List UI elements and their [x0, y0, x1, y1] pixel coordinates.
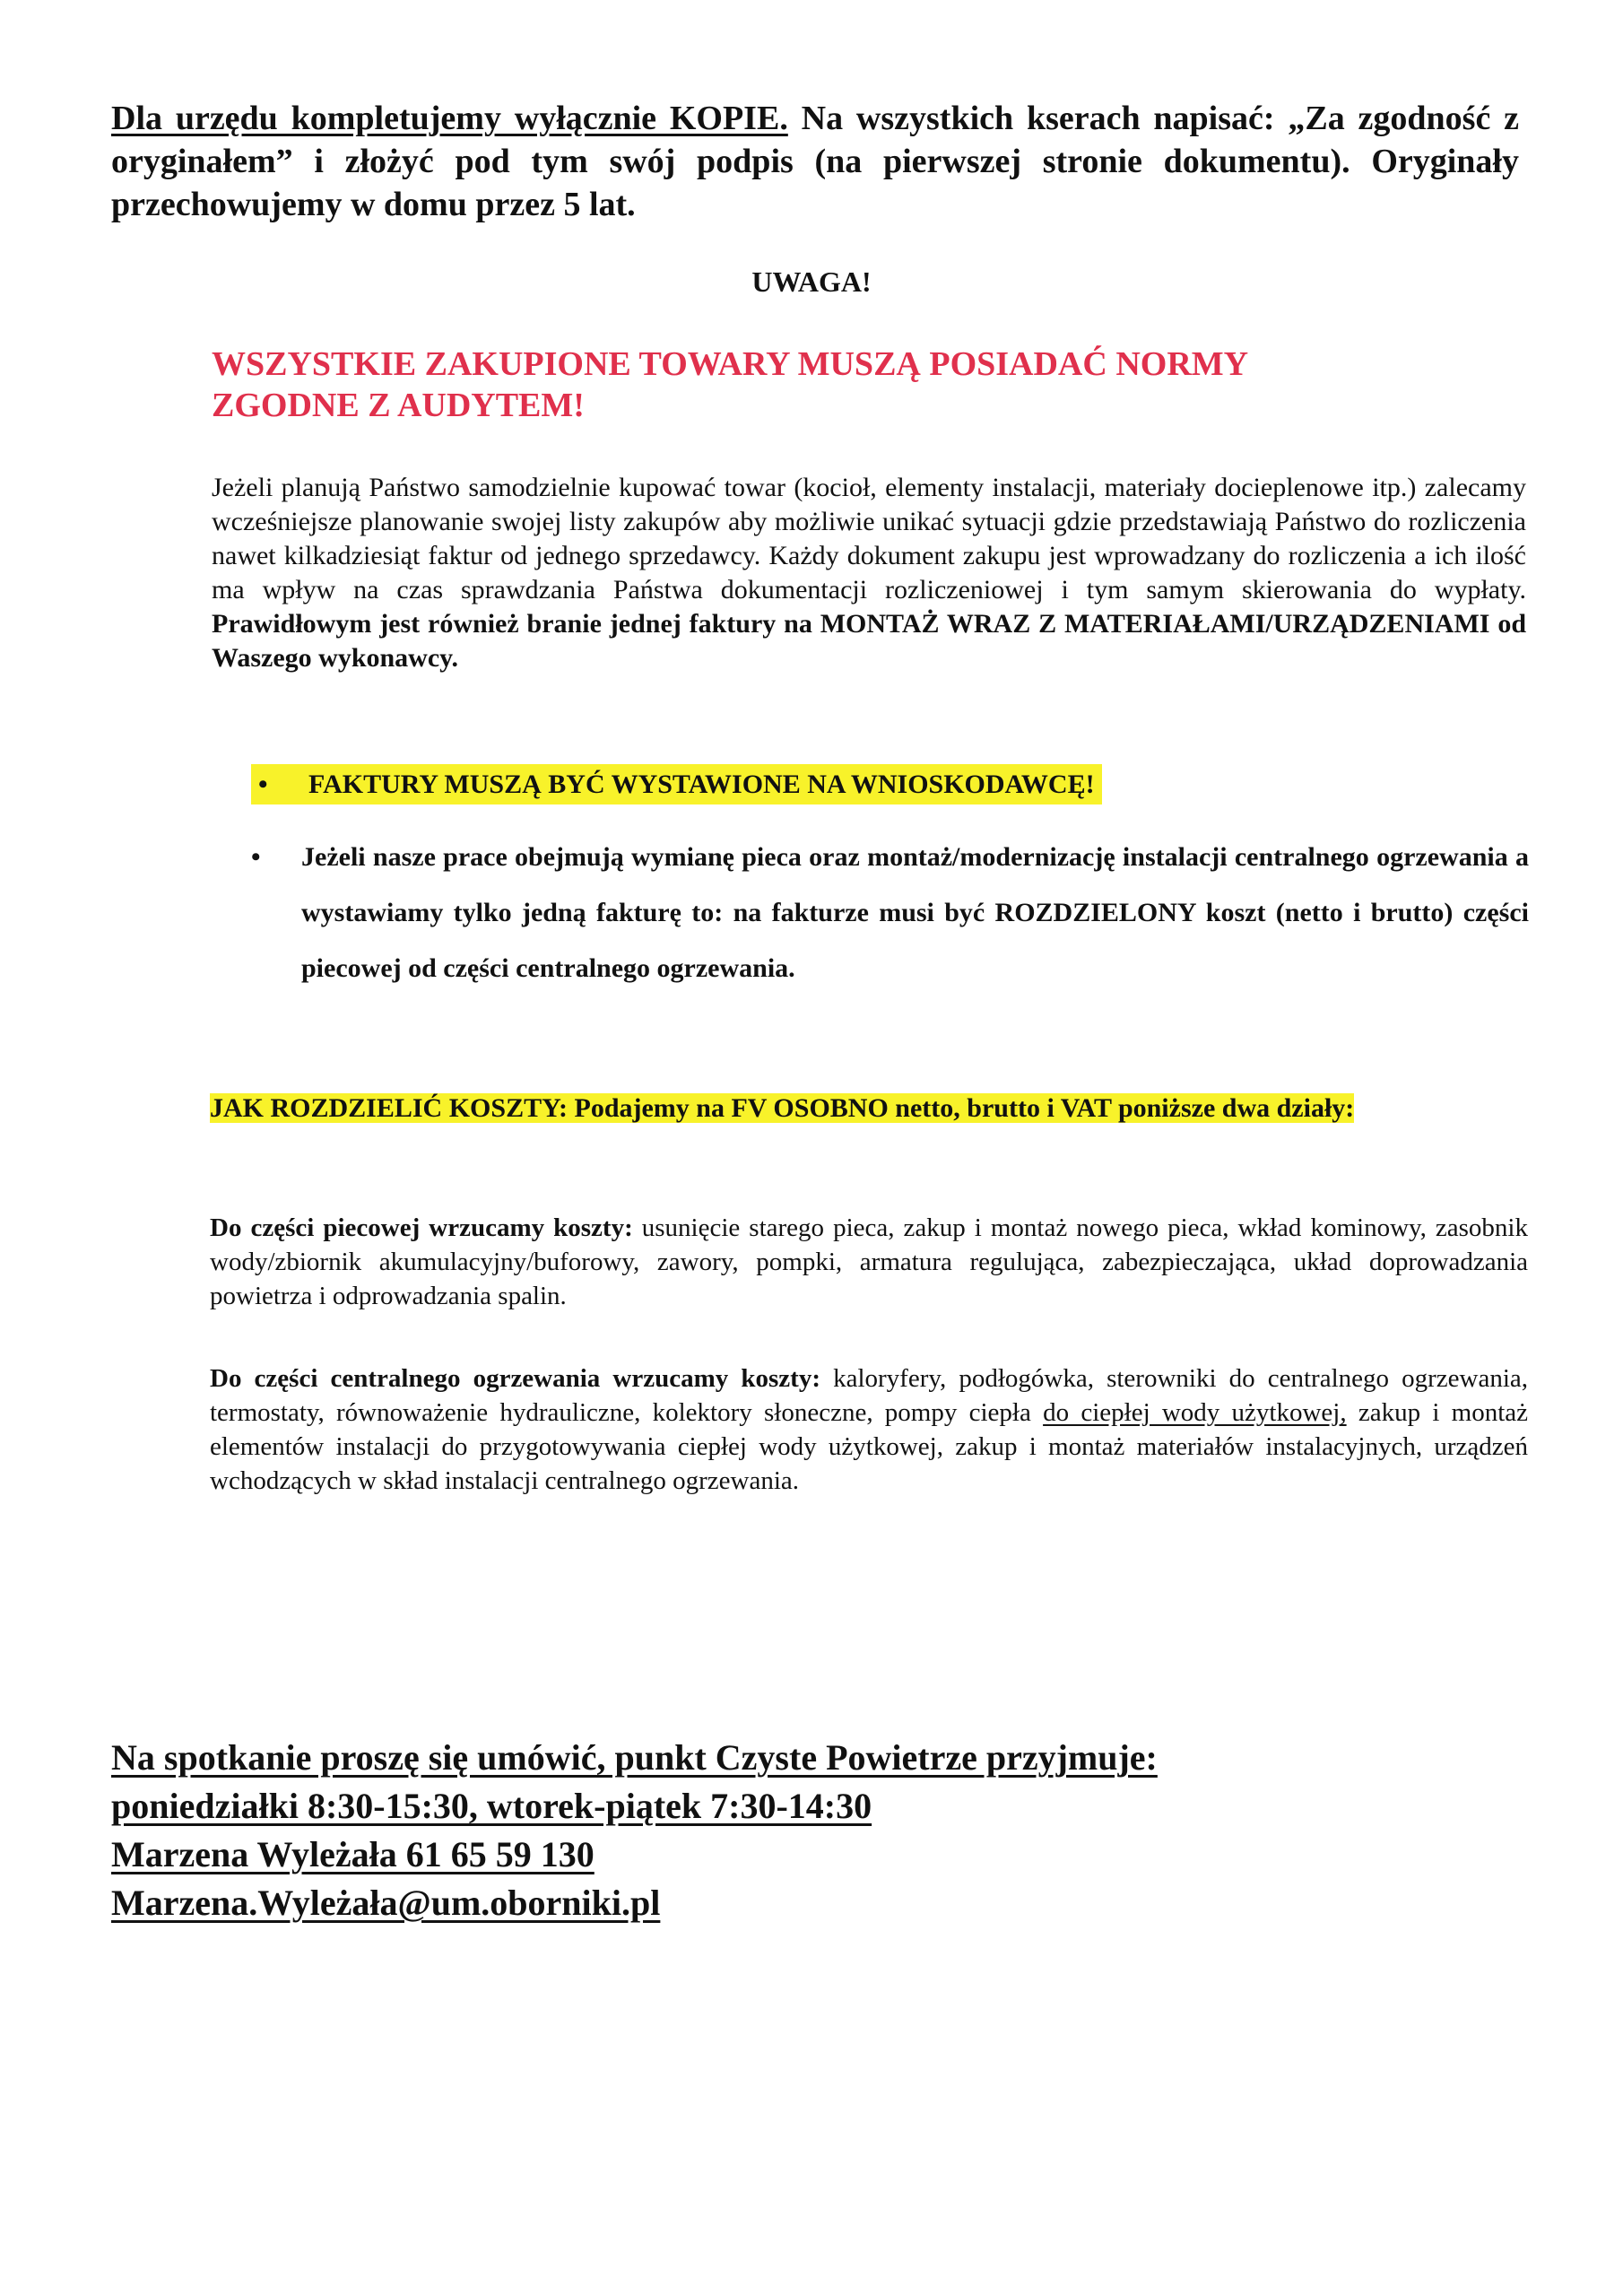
bullet-split-text: Jeżeli nasze prace obejmują wymianę piec…	[301, 830, 1529, 996]
intro-underlined: Dla urzędu kompletujemy wyłącznie KOPIE.	[111, 100, 788, 137]
section-heating-underlined: do ciepłej wody użytkowej,	[1043, 1398, 1347, 1427]
contact-block: Na spotkanie proszę się umówić, punkt Cz…	[111, 1734, 1158, 1927]
warning-label: UWAGA!	[0, 265, 1623, 299]
warning-heading-line1: WSZYSTKIE ZAKUPIONE TOWARY MUSZĄ POSIADA…	[212, 344, 1467, 385]
section-heating: Do części centralnego ogrzewania wrzucam…	[210, 1361, 1528, 1498]
intro-paragraph: Dla urzędu kompletujemy wyłącznie KOPIE.…	[111, 97, 1519, 226]
contact-appointment: Na spotkanie proszę się umówić, punkt Cz…	[111, 1734, 1158, 1782]
bullet-icon: •	[258, 770, 308, 800]
bullet-icon: •	[251, 830, 301, 885]
section-boiler-title: Do części piecowej wrzucamy koszty:	[210, 1213, 633, 1242]
split-costs-heading: JAK ROZDZIELIĆ KOSZTY: Podajemy na FV OS…	[210, 1091, 1528, 1126]
section-heating-title: Do części centralnego ogrzewania wrzucam…	[210, 1364, 820, 1393]
purchase-paragraph: Jeżeli planują Państwo samodzielnie kupo…	[212, 471, 1526, 675]
section-boiler: Do części piecowej wrzucamy koszty: usun…	[210, 1211, 1528, 1313]
purchase-text: Jeżeli planują Państwo samodzielnie kupo…	[212, 473, 1526, 604]
document-page: Dla urzędu kompletujemy wyłącznie KOPIE.…	[0, 0, 1623, 2296]
split-costs-text: JAK ROZDZIELIĆ KOSZTY: Podajemy na FV OS…	[210, 1093, 1354, 1123]
contact-phone: Marzena Wyleżała 61 65 59 130	[111, 1831, 1158, 1879]
warning-heading-line2: ZGODNE Z AUDYTEM!	[212, 385, 1467, 426]
purchase-bold-text: Prawidłowym jest również branie jednej f…	[212, 609, 1526, 673]
bullet-split: • Jeżeli nasze prace obejmują wymianę pi…	[251, 830, 1529, 996]
contact-hours: poniedziałki 8:30-15:30, wtorek-piątek 7…	[111, 1782, 1158, 1831]
contact-email[interactable]: Marzena.Wyleżała@um.oborniki.pl	[111, 1879, 1158, 1927]
bullet-invoices-text: FAKTURY MUSZĄ BYĆ WYSTAWIONE NA WNIOSKOD…	[308, 770, 1095, 799]
warning-heading: WSZYSTKIE ZAKUPIONE TOWARY MUSZĄ POSIADA…	[212, 344, 1467, 426]
bullet-invoices: •FAKTURY MUSZĄ BYĆ WYSTAWIONE NA WNIOSKO…	[251, 770, 1102, 800]
